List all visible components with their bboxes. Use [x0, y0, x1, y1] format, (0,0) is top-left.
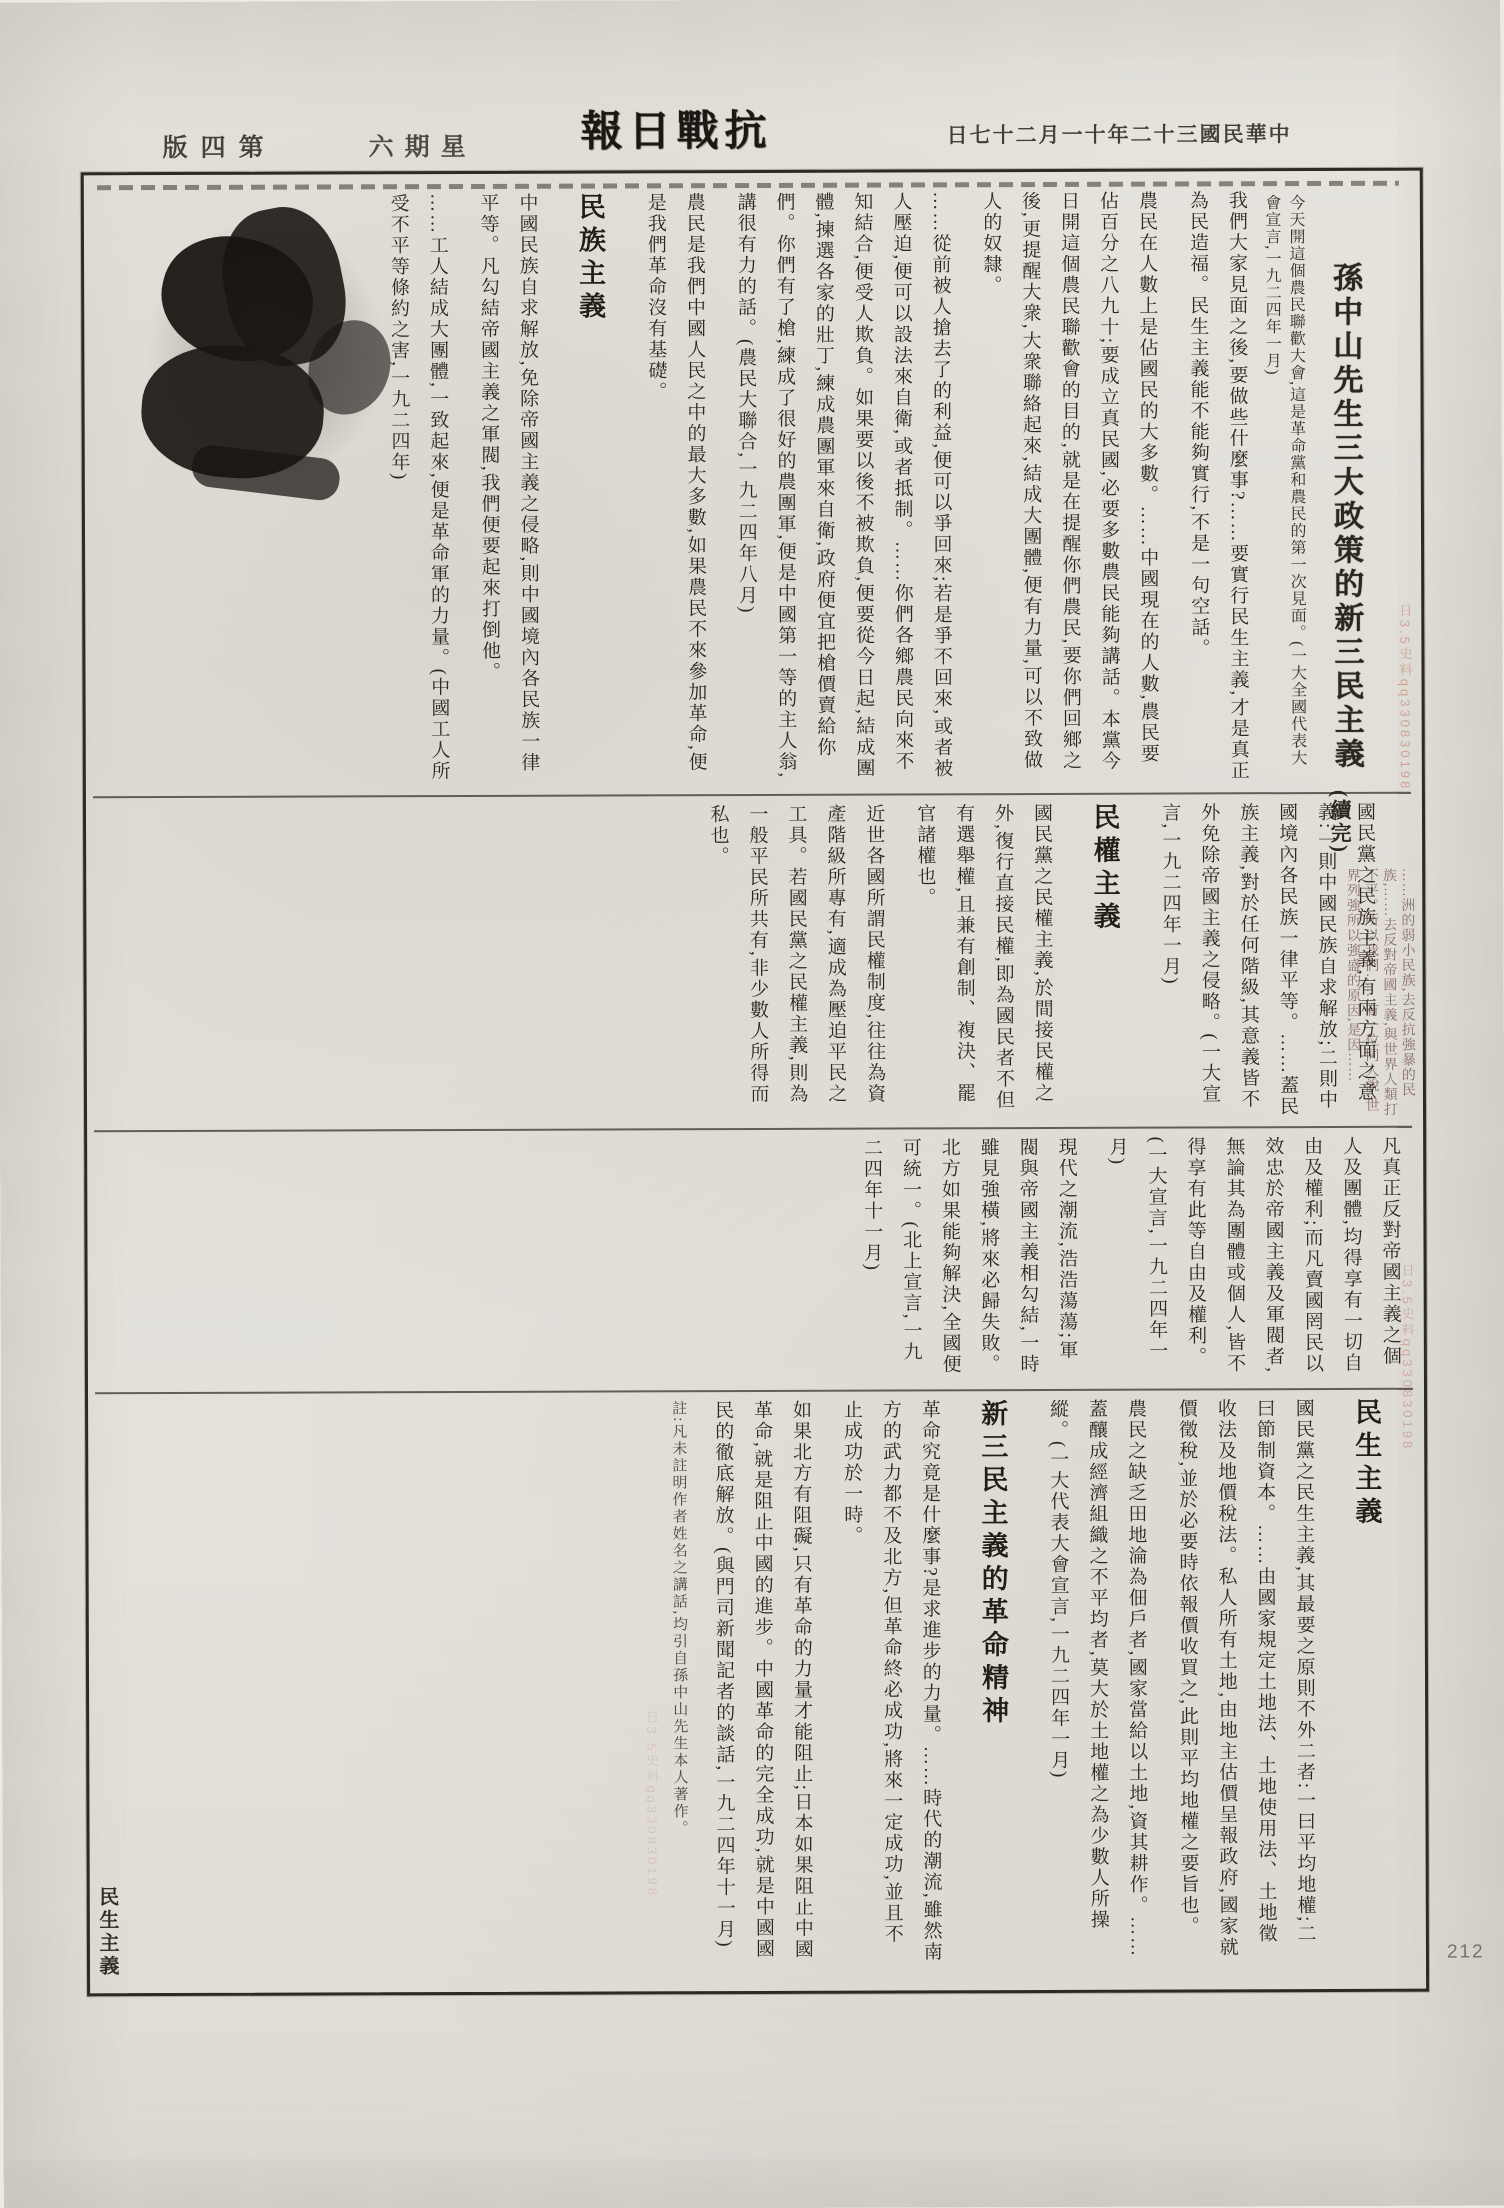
text-column: 國民黨之民權主義,於間接民權之外,復行直接民權,即為國民者不但有選舉權,且兼有創… [904, 803, 1061, 1120]
section-heading: 民權主義 [1076, 803, 1138, 1119]
red-watermark-bottom: 日3.5史料qq330830198 [642, 1710, 662, 1966]
section-heading: 新三民主義的革命精神 [964, 1399, 1027, 1965]
text-column: 農民是我們中國人民之中的最大多數,如果農民不來參加革命,便是我們革命沒有基礎。 [635, 192, 715, 786]
text-column: 中國民族自求解放,免除帝國主義之侵略,則中國境內各民族一律平等。凡勾結帝國主義之… [468, 193, 548, 787]
text-band-4: 民生主義國民黨之民生主義,其最要之原則不外二者:一曰平均地權;二曰節制資本。……… [97, 1398, 1411, 1969]
red-watermark-upper: 日3.5史料qq330830198 [1395, 604, 1415, 874]
section-heading: 民生主義 [1338, 1398, 1401, 1964]
lead-quote-column: 今天開這個農民聯歡大會,這是革命黨和農民的第一次見面。(一大全國代表大會宣言,一… [1259, 194, 1309, 780]
text-column: 農民在人數上是佔國民的大多數。……中國現在的人數,農民要佔百分之八九十;要成立真… [970, 191, 1167, 786]
red-watermark-lower: 日3.5史料qq330830198 [1398, 1264, 1418, 1540]
text-column: 國民黨之民生主義,其最要之原則不外二者:一曰平均地權;二曰節制資本。……由國家規… [1166, 1398, 1324, 1965]
text-column: 農民之缺乏田地淪為佃戶者,國家當給以土地,資其耕作。……蓋釀成經濟組織之不平均者… [1037, 1399, 1156, 1965]
date-line: 日七十二月一十年二十三國民華中 [947, 118, 1292, 149]
newspaper-scan: 版四第 六期星 報日戰抗 日七十二月一十年二十三國民華中 孫中山先生三大政策的新… [0, 0, 1504, 2208]
text-column: 近世各國所謂民權制度,往往為資產階級所專有,適成為壓迫平民之工具。若國民黨之民權… [698, 804, 894, 1121]
text-column: 國民黨之民族主義,有兩方面之意義:一則中國民族自求解放;二則中國境內各民族一律平… [1149, 802, 1384, 1119]
weekday-label: 六期星 [369, 127, 477, 163]
right-edge-faded-column: ……洲的弱小民族,去反抗強暴的民族,……去反對帝國主義,與世界人類打不平。所以我… [1385, 868, 1416, 1124]
text-column: ……從前被人搶去了的利益,便可以爭回來;若是爭不回來,或者被人壓迫,便可以設法來… [725, 191, 961, 786]
section-heading: 民族主義 [561, 192, 624, 786]
footnote: 註:凡未註明作者姓名之講話,均引自孫中山先生本人著作。 [665, 1400, 692, 1966]
page-number: 212 [1447, 1941, 1485, 1963]
left-margin-section-label: 民生主義 [93, 1886, 122, 1982]
masthead-title: 報日戰抗 [580, 98, 772, 159]
ink-blot-smudge [133, 199, 400, 506]
text-column: 凡真正反對帝國主義之個人及團體,均得享有一切自由及權利;而凡賣國罔民以效忠於帝國… [1097, 1136, 1409, 1381]
text-band-2: 國民黨之民族主義,有兩方面之意義:一則中國民族自求解放;二則中國境內各民族一律平… [95, 802, 1384, 1122]
edition-label: 版四第 [163, 128, 277, 164]
text-column: 如果北方有阻礙,只有革命的力量才能阻止;日本如果阻止中國革命,就是阻止中國的進步… [702, 1400, 821, 1966]
text-column: 現代之潮流,浩浩蕩蕩;軍閥與帝國主義相勾結,一時雖見強橫,將來必歸失敗。北方如果… [851, 1137, 1085, 1382]
article-headline: 孫中山先生三大政策的新三民主義 [1309, 262, 1375, 774]
text-column: 革命究竟是什麼事?是求進步的力量。……時代的潮流,雖然南方的武力都不及北方,但革… [831, 1399, 950, 1965]
text-column: 我們大家見面之後,要做些什麼事?……要實行民生主義,才是真正為民造福。民生主義能… [1177, 190, 1257, 784]
text-band-3: 凡真正反對帝國主義之個人及團體,均得享有一切自由及權利;而凡賣國罔民以效忠於帝國… [96, 1136, 1409, 1385]
